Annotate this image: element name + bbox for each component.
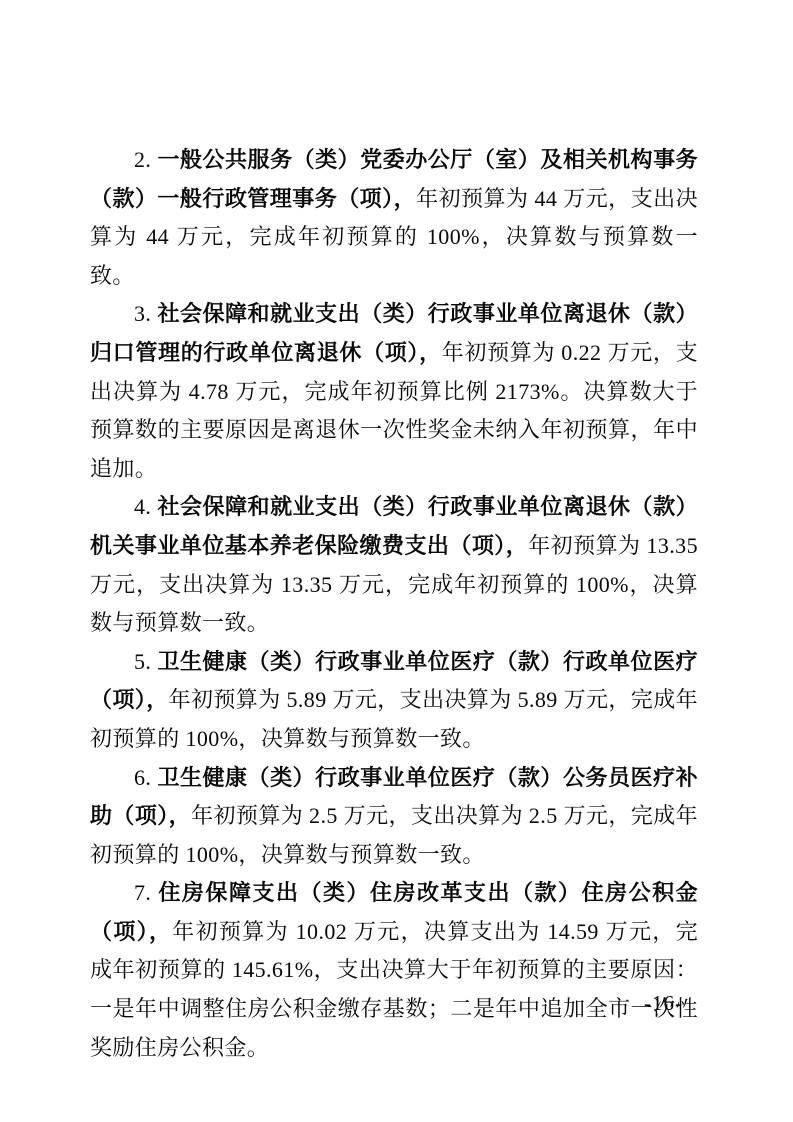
budget-item-paragraph: 3.社会保障和就业支出（类）行政事业单位离退休（款）归口管理的行政单位离退休（项… xyxy=(90,295,698,488)
item-number: 2. xyxy=(134,147,157,172)
item-number: 5. xyxy=(134,649,157,674)
item-number: 6. xyxy=(134,765,157,790)
page-number: -16- xyxy=(644,991,683,1016)
document-page: 2.一般公共服务（类）党委办公厅（室）及相关机构事务（款）一般行政管理事务（项）… xyxy=(0,0,793,1122)
budget-item-paragraph: 4.社会保障和就业支出（类）行政事业单位离退休（款）机关事业单位基本养老保险缴费… xyxy=(90,488,698,642)
item-number: 4. xyxy=(134,494,157,519)
item-number: 7. xyxy=(134,880,157,905)
budget-item-paragraph: 7.住房保障支出（类）住房改革支出（款）住房公积金（项），年初预算为 10.02… xyxy=(90,874,698,1067)
item-text: 年初预算为 5.89 万元，支出决算为 5.89 万元，完成年初预算的 100%… xyxy=(90,687,698,751)
budget-item-paragraph: 5.卫生健康（类）行政事业单位医疗（款）行政单位医疗（项），年初预算为 5.89… xyxy=(90,643,698,759)
item-text: 年初预算为 10.02 万元，决算支出为 14.59 万元，完成年初预算的 14… xyxy=(90,919,698,1060)
item-number: 3. xyxy=(134,301,157,326)
budget-item-paragraph: 2.一般公共服务（类）党委办公厅（室）及相关机构事务（款）一般行政管理事务（项）… xyxy=(90,141,698,295)
document-body: 2.一般公共服务（类）党委办公厅（室）及相关机构事务（款）一般行政管理事务（项）… xyxy=(90,141,698,1067)
budget-item-paragraph: 6.卫生健康（类）行政事业单位医疗（款）公务员医疗补助（项），年初预算为 2.5… xyxy=(90,759,698,875)
